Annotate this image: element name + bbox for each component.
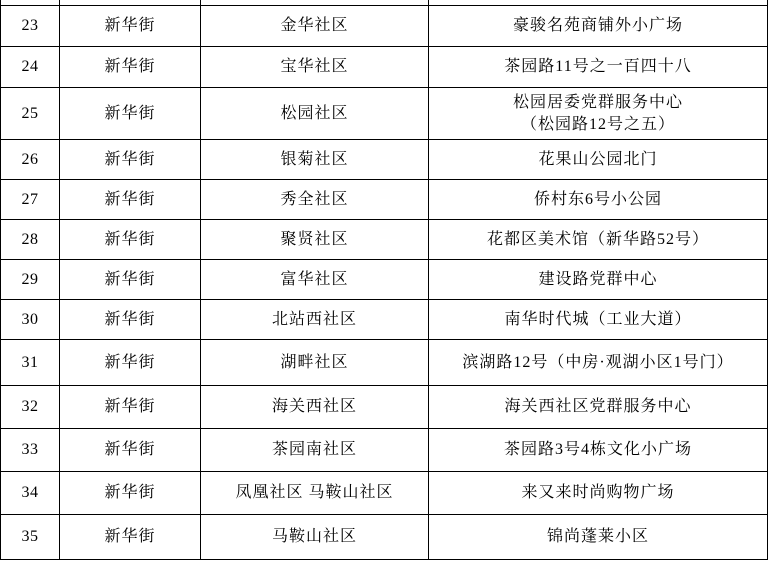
community-sites-table-page: 23新华街金华社区豪骏名苑商铺外小广场24新华街宝华社区茶园路11号之一百四十八… [0, 0, 769, 564]
community-cell: 金华社区 [201, 6, 429, 47]
location-cell: 海关西社区党群服务中心 [429, 386, 768, 429]
row-number-cell: 27 [1, 180, 60, 220]
community-cell: 海关西社区 [201, 386, 429, 429]
community-cell: 富华社区 [201, 260, 429, 300]
community-cell: 松园社区 [201, 88, 429, 140]
community-cell: 银菊社区 [201, 140, 429, 180]
street-cell: 新华街 [60, 180, 201, 220]
location-cell: 南华时代城（工业大道） [429, 300, 768, 340]
location-cell: 来又来时尚购物广场 [429, 472, 768, 515]
row-number-cell: 23 [1, 6, 60, 47]
row-number-cell: 28 [1, 220, 60, 260]
row-number-cell: 35 [1, 515, 60, 560]
location-cell: 侨村东6号小公园 [429, 180, 768, 220]
street-cell: 新华街 [60, 47, 201, 88]
location-cell: 松园居委党群服务中心 （松园路12号之五） [429, 88, 768, 140]
table-row: 32新华街海关西社区海关西社区党群服务中心 [1, 386, 768, 429]
street-cell: 新华街 [60, 429, 201, 472]
table-row: 27新华街秀全社区侨村东6号小公园 [1, 180, 768, 220]
community-cell: 湖畔社区 [201, 340, 429, 386]
location-cell: 豪骏名苑商铺外小广场 [429, 6, 768, 47]
street-cell: 新华街 [60, 260, 201, 300]
street-cell: 新华街 [60, 515, 201, 560]
street-cell: 新华街 [60, 340, 201, 386]
row-number-cell: 31 [1, 340, 60, 386]
table-row: 28新华街聚贤社区花都区美术馆（新华路52号） [1, 220, 768, 260]
table-row: 35新华街马鞍山社区锦尚蓬莱小区 [1, 515, 768, 560]
location-cell: 花果山公园北门 [429, 140, 768, 180]
location-cell: 茶园路11号之一百四十八 [429, 47, 768, 88]
street-cell: 新华街 [60, 6, 201, 47]
row-number-cell: 26 [1, 140, 60, 180]
community-cell: 宝华社区 [201, 47, 429, 88]
street-cell: 新华街 [60, 386, 201, 429]
street-cell: 新华街 [60, 220, 201, 260]
street-cell: 新华街 [60, 300, 201, 340]
location-cell: 花都区美术馆（新华路52号） [429, 220, 768, 260]
row-number-cell: 29 [1, 260, 60, 300]
row-number-cell: 24 [1, 47, 60, 88]
location-cell: 茶园路3号4栋文化小广场 [429, 429, 768, 472]
location-cell: 滨湖路12号（中房·观湖小区1号门） [429, 340, 768, 386]
table-row: 33新华街茶园南社区茶园路3号4栋文化小广场 [1, 429, 768, 472]
table-row: 34新华街凤凰社区 马鞍山社区来又来时尚购物广场 [1, 472, 768, 515]
row-number-cell: 33 [1, 429, 60, 472]
row-number-cell: 34 [1, 472, 60, 515]
community-cell: 北站西社区 [201, 300, 429, 340]
row-number-cell: 30 [1, 300, 60, 340]
street-cell: 新华街 [60, 472, 201, 515]
table-row: 26新华街银菊社区花果山公园北门 [1, 140, 768, 180]
community-cell: 聚贤社区 [201, 220, 429, 260]
community-cell: 秀全社区 [201, 180, 429, 220]
table-row: 30新华街北站西社区南华时代城（工业大道） [1, 300, 768, 340]
community-sites-table: 23新华街金华社区豪骏名苑商铺外小广场24新华街宝华社区茶园路11号之一百四十八… [0, 0, 768, 560]
row-number-cell: 25 [1, 88, 60, 140]
table-row: 23新华街金华社区豪骏名苑商铺外小广场 [1, 6, 768, 47]
table-row: 24新华街宝华社区茶园路11号之一百四十八 [1, 47, 768, 88]
location-cell: 建设路党群中心 [429, 260, 768, 300]
row-number-cell: 32 [1, 386, 60, 429]
street-cell: 新华街 [60, 88, 201, 140]
table-row: 31新华街湖畔社区滨湖路12号（中房·观湖小区1号门） [1, 340, 768, 386]
community-cell: 茶园南社区 [201, 429, 429, 472]
table-row: 25新华街松园社区松园居委党群服务中心 （松园路12号之五） [1, 88, 768, 140]
community-cell: 马鞍山社区 [201, 515, 429, 560]
community-cell: 凤凰社区 马鞍山社区 [201, 472, 429, 515]
street-cell: 新华街 [60, 140, 201, 180]
location-cell: 锦尚蓬莱小区 [429, 515, 768, 560]
table-row: 29新华街富华社区建设路党群中心 [1, 260, 768, 300]
